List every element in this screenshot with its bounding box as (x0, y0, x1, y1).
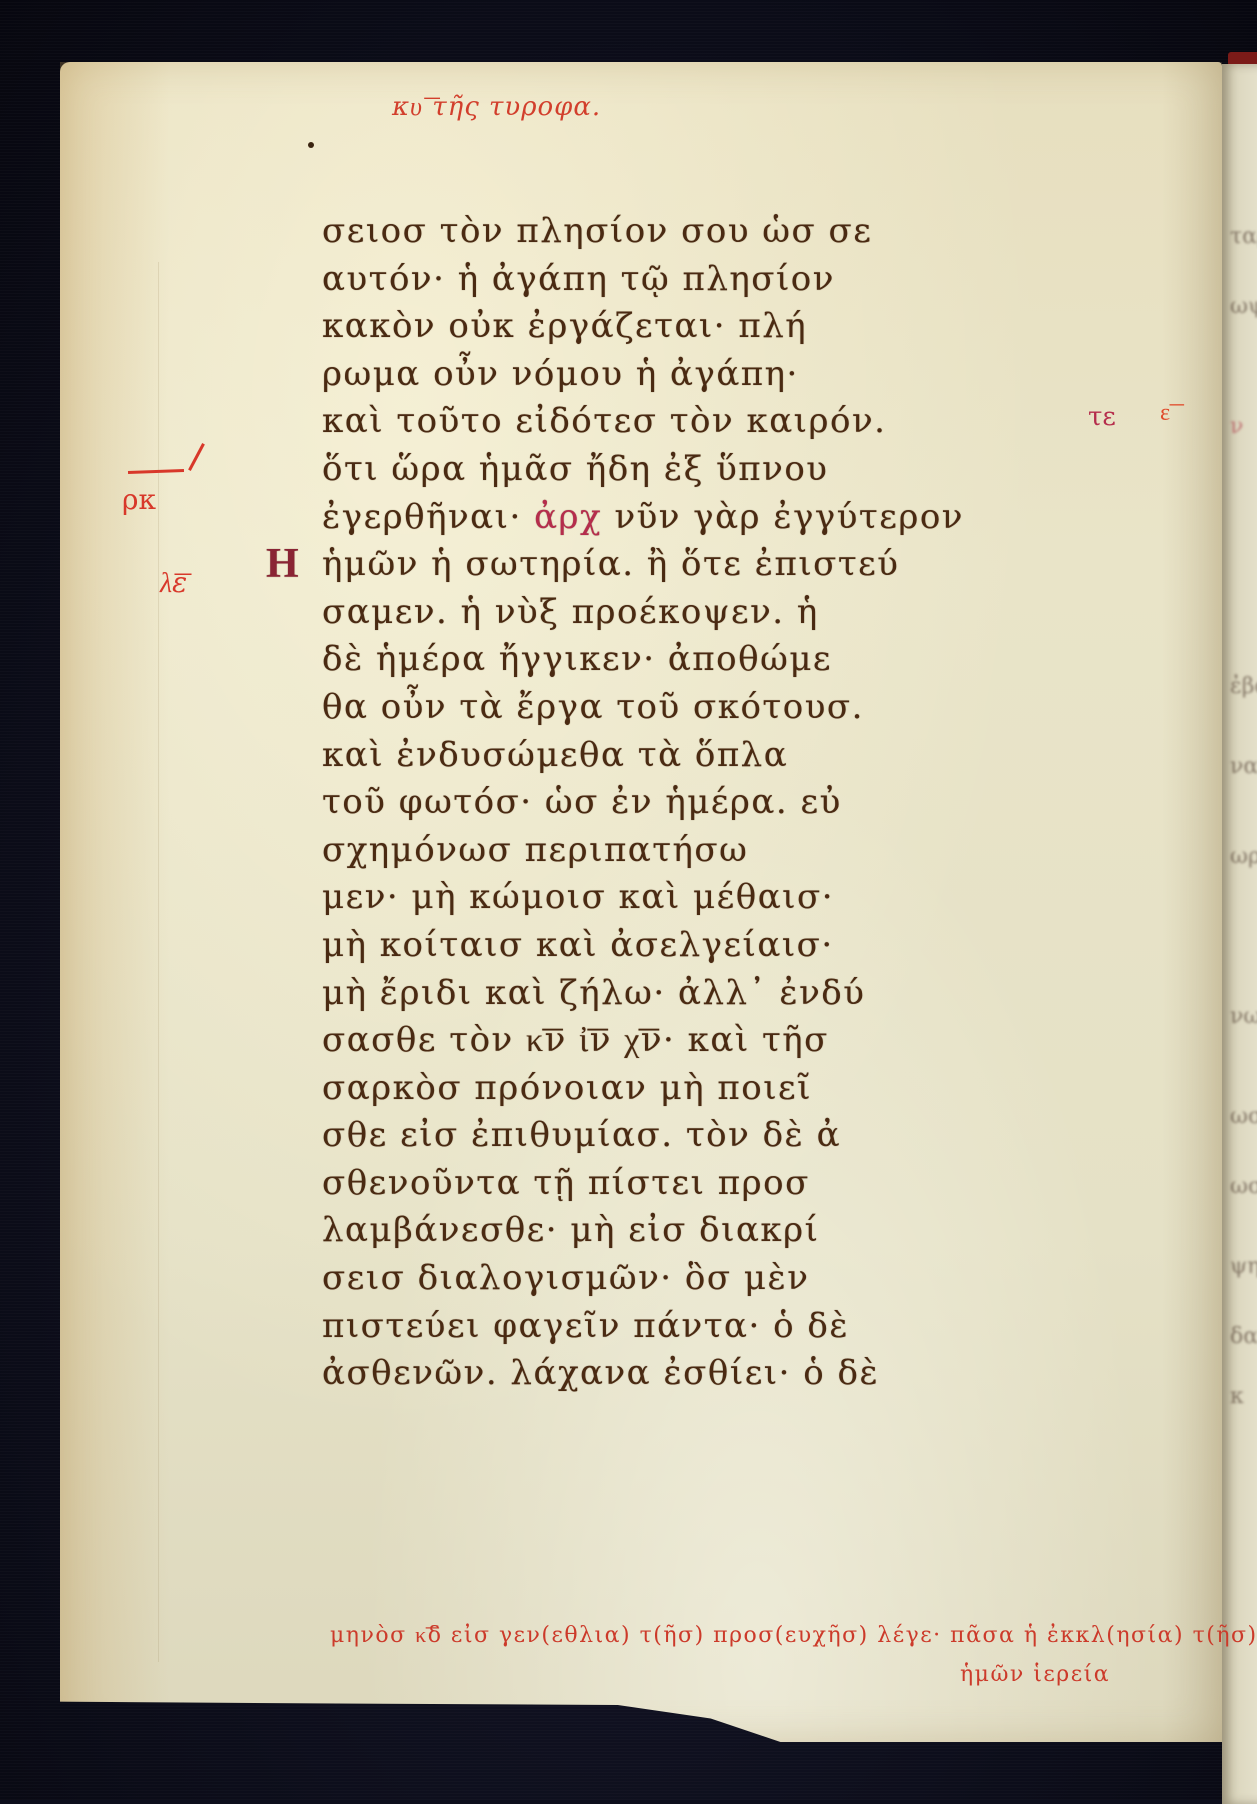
footer-rubric-line-2: ἡμῶν ἱερεία (960, 1662, 1110, 1687)
text-line: κακὸν οὐκ ἐργάζεται· πλή (322, 303, 1042, 351)
text-line: καὶ τοῦτο εἰδότεσ τὸν καιρόν. (322, 398, 1042, 446)
text-line: δὲ ἡμέρα ἤγγικεν· ἀποθώμε (322, 636, 1042, 684)
text-line-with-initial: Η ἡμῶν ἡ σωτηρία. ἢ ὅτε ἐπιστεύ (322, 541, 1042, 589)
marginal-right-mark: τε (1088, 402, 1116, 432)
text-line: μὴ ἔριδι καὶ ζήλω· ἀλλ᾽ ἐνδύ (322, 970, 1042, 1018)
facing-fragment: ν (1230, 414, 1243, 439)
facing-fragment: ταρω (1230, 224, 1257, 249)
text-line-content: ἡμῶν ἡ σωτηρία. ἢ ὅτε ἐπιστεύ (322, 544, 899, 584)
text-line: πιστεύει φαγεῖν πάντα· ὁ δὲ (322, 1303, 1042, 1351)
facing-fragment: κ (1230, 1384, 1244, 1409)
facing-fragment: ψημσ (1230, 1254, 1257, 1279)
facing-fragment: δαμ (1230, 1324, 1257, 1349)
text-line: σασθε τὸν κ͞ν ἰ͞ν χ͞ν· καὶ τῆσ (322, 1017, 1042, 1065)
rubricated-word: ἀρχ (534, 497, 602, 537)
text-line: λαμβάνεσθε· μὴ εἰσ διακρί (322, 1207, 1042, 1255)
text-line: σθενοῦντα τῇ πίστει προσ (322, 1160, 1042, 1208)
text-line: σεισ διαλογισμῶν· ὃσ μὲν (322, 1255, 1042, 1303)
text-line: σχημόνωσ περιπατήσω (322, 827, 1042, 875)
text-line: σαμεν. ἡ νὺξ προέκοψεν. ἡ (322, 589, 1042, 637)
text-line: μὴ κοίταισ καὶ ἀσελγείαισ· (322, 922, 1042, 970)
text-line: καὶ ἐνδυσώμεθα τὰ ὅπλα (322, 732, 1042, 780)
ink-speck (308, 142, 314, 148)
text-line: ἐγερθῆναι· ἀρχ νῦν γὰρ ἐγγύτερον (322, 494, 1042, 542)
text-line: θα οὖν τὰ ἔργα τοῦ σκότουσ. (322, 684, 1042, 732)
marginal-lection-mark: λ͞ε (160, 566, 187, 600)
facing-fragment: νωι (1230, 1004, 1257, 1029)
facing-page: ταρω ωψ τω ν ἐβορια ναμις ωρεδ νωι ωσ τω… (1222, 64, 1257, 1800)
text-line: τοῦ φωτόσ· ὡσ ἐν ἡμέρα. εὐ (322, 779, 1042, 827)
facing-fragment: ωστε (1230, 1174, 1257, 1199)
marginal-numeral: ρκ (122, 483, 156, 516)
header-rubric: κυ͞ τῆς τυροφα. (392, 92, 601, 122)
facing-fragment: ωρεδ (1230, 844, 1257, 869)
text-line: αυτόν· ἡ ἀγάπη τῷ πλησίον (322, 256, 1042, 304)
facing-fragment: ἐβορια (1230, 674, 1257, 699)
facing-fragment: ναμις (1230, 754, 1257, 779)
red-initial: Η (266, 541, 300, 589)
facing-fragment: ωσ τω (1230, 1104, 1257, 1129)
text-line: ρωμα οὖν νόμου ἡ ἀγάπη· (322, 351, 1042, 399)
facing-fragment: ωψ τω (1230, 294, 1257, 319)
text-line: σειοσ τὸν πλησίον σου ὡσ σε (322, 208, 1042, 256)
marginal-right-sigla: ε͞ (1160, 398, 1170, 427)
main-text-block: σειοσ τὸν πλησίον σου ὡσ σε αυτόν· ἡ ἀγά… (322, 208, 1042, 1398)
text-line: σαρκὸσ πρόνοιαν μὴ ποιεῖ (322, 1065, 1042, 1113)
text-line: σθε εἰσ ἐπιθυμίασ. τὸν δὲ ἀ (322, 1112, 1042, 1160)
text-line: μεν· μὴ κώμοισ καὶ μέθαισ· (322, 874, 1042, 922)
text-line: ὅτι ὥρα ἡμᾶσ ἤδη ἐξ ὕπνου (322, 446, 1042, 494)
footer-rubric-line-1: μηνὸσ κ͞δ εἰσ γεν(εθλια) τ(ῆσ) προσ(ευχῆ… (330, 1622, 1257, 1648)
text-line: ἀσθενῶν. λάχανα ἐσθίει· ὁ δὲ (322, 1350, 1042, 1398)
